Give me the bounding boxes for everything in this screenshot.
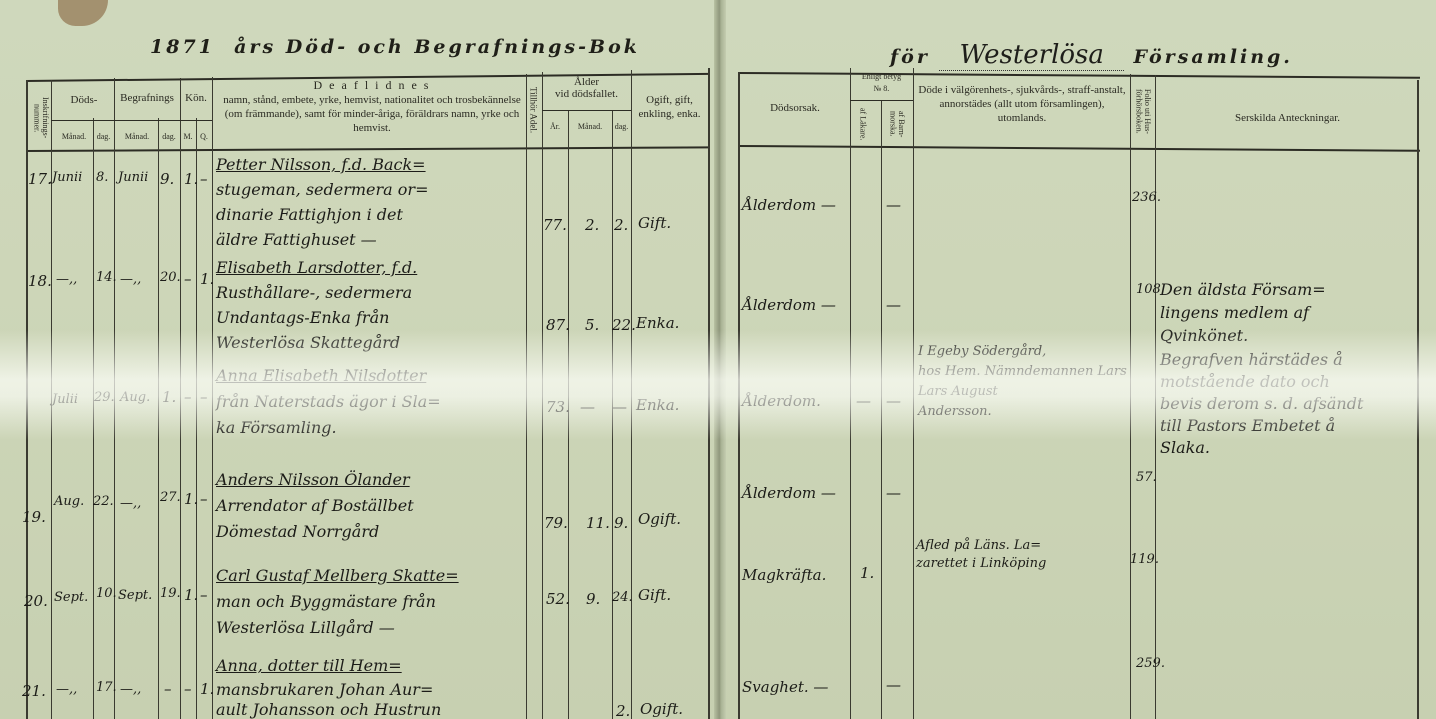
age-ar: 79. xyxy=(544,514,568,532)
beg-dag: 20. xyxy=(160,270,181,285)
beg-manad: —,, xyxy=(120,682,141,697)
kon-q: – xyxy=(200,388,208,406)
folio: 57. xyxy=(1136,470,1157,485)
header-folio: Folio uti Hus-förhörsboken. xyxy=(1134,78,1151,144)
kon-m: 1. xyxy=(184,586,198,604)
dodsorsak: Ålderdom. xyxy=(742,392,821,410)
dode-i-line: hos Hem. Nämndemannen Lars xyxy=(918,364,1127,379)
age-dag: 9. xyxy=(614,514,628,532)
dodsorsak: Ålderdom — xyxy=(742,196,836,214)
age-dag: 22. xyxy=(612,316,636,334)
civil-status: Gift. xyxy=(638,586,671,604)
header-dodsorsak: Dödsorsak. xyxy=(740,102,850,116)
age-ar: 73. xyxy=(546,398,570,416)
dodsorsak: Magkräfta. xyxy=(742,566,826,584)
age-manad: 2. xyxy=(585,216,599,234)
age-manad: 9. xyxy=(586,590,600,608)
dod-dag: 17. xyxy=(96,680,117,695)
beg-dag: 19. xyxy=(160,586,181,601)
row-nr: 21. xyxy=(22,682,46,700)
anteckning-line: bevis derom s. d. afsändt xyxy=(1160,394,1363,413)
left-title: 1871 års Död- och Begrafnings-Bok xyxy=(150,36,640,58)
sub-divider xyxy=(51,120,212,121)
name-line: från Naterstads ägor i Sla= xyxy=(216,392,441,411)
beg-dag: 1. xyxy=(162,388,176,406)
age-manad: 5. xyxy=(585,316,599,334)
dode-i-line: I Egeby Södergård, xyxy=(918,344,1046,359)
kon-m: – xyxy=(184,388,192,406)
age-manad: — xyxy=(580,398,595,416)
age-dag: 2. xyxy=(614,216,628,234)
header-enligt-betyg: Enligt betyg xyxy=(850,72,913,82)
col-divider xyxy=(1417,80,1419,719)
kon-m: – xyxy=(184,680,192,698)
title-forsamling: Församling. xyxy=(1134,46,1293,68)
header-inskrifnings: Inskrifnings-nummer. xyxy=(32,88,49,148)
kon-q: 1. xyxy=(200,680,214,698)
name-line: Arrendator af Boställbet xyxy=(216,496,414,515)
col-divider xyxy=(526,74,527,719)
header-m: M. xyxy=(180,132,196,142)
civil-status: Ogift. xyxy=(640,700,683,718)
name-line: ault Johansson och Hustrun xyxy=(216,700,441,719)
name-line: Dömestad Norrgård xyxy=(216,522,379,541)
folio: 259. xyxy=(1136,656,1165,671)
header-dode-i: Döde i välgörenhets-, sjukvårds-, straff… xyxy=(916,84,1128,125)
af-lakare: — xyxy=(856,392,871,410)
col-divider xyxy=(212,77,213,719)
beg-manad: —,, xyxy=(120,496,141,511)
kon-m: – xyxy=(184,270,192,288)
civil-status: Ogift. xyxy=(638,510,681,528)
beg-manad: —,, xyxy=(120,272,141,287)
af-barnmorska: — xyxy=(886,392,901,410)
header-kon: Kön. xyxy=(180,92,212,106)
anteckning-line: Den äldsta Försam= xyxy=(1160,280,1326,299)
col-divider xyxy=(542,72,543,719)
dode-i-line: Andersson. xyxy=(918,404,992,419)
header-beg-manad: Månad. xyxy=(116,132,158,142)
age-dag: — xyxy=(612,398,627,416)
age-dag: 24. xyxy=(612,590,633,605)
col-divider xyxy=(913,68,914,719)
beg-dag: 27. xyxy=(160,490,181,505)
civil-status: Enka. xyxy=(636,314,679,332)
dod-manad: Junii xyxy=(52,170,82,185)
name-line: man och Byggmästare från xyxy=(216,592,436,611)
col-divider xyxy=(196,118,197,719)
header-serskilda: Serskilda Anteckningar. xyxy=(1160,112,1415,126)
folio: 119. xyxy=(1130,552,1159,567)
name-line: Anna, dotter till Hem= xyxy=(216,656,402,675)
name-line: Anna Elisabeth Nilsdotter xyxy=(216,366,426,385)
header-af-barnmorska: af Barn-morska. xyxy=(888,104,905,144)
sub-divider xyxy=(850,100,913,101)
header-dods: Döds- xyxy=(55,94,113,108)
name-line: stugeman, sedermera or= xyxy=(216,180,428,199)
name-line: dinarie Fattighjon i det xyxy=(216,205,403,224)
beg-manad: Junii xyxy=(118,170,148,185)
dode-i-line: Afled på Läns. La= xyxy=(916,538,1041,553)
anteckning-line: Qvinkönet. xyxy=(1160,326,1248,345)
name-line: Westerlösa Skattegård xyxy=(216,333,400,352)
kon-q: – xyxy=(200,490,208,508)
af-barnmorska: — xyxy=(886,196,901,214)
dodsorsak: Svaghet. — xyxy=(742,678,828,696)
col-divider xyxy=(881,100,882,719)
kon-q: – xyxy=(200,586,208,604)
dod-manad: —,, xyxy=(56,272,77,287)
age-ar: 52. xyxy=(546,590,570,608)
kon-m: 1. xyxy=(184,170,198,188)
header-q: Q. xyxy=(196,132,212,142)
row-nr: 17. xyxy=(28,170,52,188)
book-gutter xyxy=(714,0,726,719)
anteckning-line: motstående dato och xyxy=(1160,372,1330,391)
folio: 236. xyxy=(1132,190,1161,205)
dode-i-line: zarettet i Linköping xyxy=(916,556,1046,571)
beg-dag: – xyxy=(164,680,172,698)
anteckning-line: Slaka. xyxy=(1160,438,1210,457)
col-divider xyxy=(158,118,159,719)
anteckning-line: till Pastors Embetet å xyxy=(1160,416,1335,435)
af-lakare: 1. xyxy=(860,564,874,582)
header-dod-dag: dag. xyxy=(93,132,114,142)
dod-manad: —,, xyxy=(56,682,77,697)
name-line: Undantags-Enka från xyxy=(216,308,389,327)
beg-manad: Aug. xyxy=(120,390,150,405)
header-tillhor-adel: Tillhör Adel. xyxy=(528,80,537,140)
title-for: för xyxy=(890,46,930,68)
dod-dag: 29. xyxy=(94,390,115,405)
dod-manad: Sept. xyxy=(54,590,88,605)
col-divider xyxy=(850,68,851,719)
dod-dag: 22. xyxy=(93,494,114,509)
civil-status: Gift. xyxy=(638,214,671,232)
kon-m: 1. xyxy=(184,490,198,508)
row-nr: 20. xyxy=(24,592,48,610)
right-title: för Westerlösa Församling. xyxy=(890,40,1293,70)
name-line: Elisabeth Larsdotter, f.d. xyxy=(216,258,417,277)
col-divider xyxy=(180,78,181,719)
header-aflidnes: D e a f l i d n e s xyxy=(222,78,522,93)
header-vid-dodsfallet: vid dödsfallet. xyxy=(542,88,631,102)
dod-dag: 8. xyxy=(96,170,108,185)
col-divider xyxy=(93,118,94,719)
col-divider xyxy=(738,72,740,719)
header-dod-manad: Månad. xyxy=(55,132,93,142)
dode-i-line: Lars August xyxy=(918,384,998,399)
folio: 108 xyxy=(1136,282,1161,297)
name-line: Petter Nilsson, f.d. Back= xyxy=(216,155,426,174)
af-barnmorska: — xyxy=(886,676,901,694)
header-alder-dag: dag. xyxy=(612,122,631,132)
dod-dag: 14. xyxy=(96,270,117,285)
name-line: Anders Nilsson Ölander xyxy=(216,470,410,489)
anteckning-line: Begrafven härstädes å xyxy=(1160,350,1343,369)
age-ar: 87. xyxy=(546,316,570,334)
header-begrafnings: Begrafnings xyxy=(114,92,180,106)
age-dag: 2. xyxy=(616,702,630,719)
dodsorsak: Ålderdom — xyxy=(742,484,836,502)
header-enkling: enkling, enka. xyxy=(631,108,708,122)
age-manad: 11. xyxy=(586,514,610,532)
header-beg-dag: dag. xyxy=(158,132,180,142)
beg-dag: 9. xyxy=(160,170,174,188)
dod-manad: Aug. xyxy=(54,494,84,509)
col-divider xyxy=(631,70,632,719)
af-barnmorska: — xyxy=(886,484,901,502)
col-divider xyxy=(1130,74,1131,719)
dod-dag: 10. xyxy=(96,586,117,601)
parish-name: Westerlösa xyxy=(939,40,1123,71)
kon-q: – xyxy=(200,170,208,188)
civil-status: Enka. xyxy=(636,396,679,414)
header-alder-manad: Månad. xyxy=(568,122,612,132)
header-af-lakare: af Läkare. xyxy=(858,104,866,144)
title-text: års Död- och Begrafnings-Bok xyxy=(234,36,640,58)
row-nr: 18. xyxy=(28,272,52,290)
name-line: äldre Fattighuset — xyxy=(216,230,377,249)
name-line: Rusthållare-, sedermera xyxy=(216,283,412,302)
name-line: ka Församling. xyxy=(216,418,337,437)
beg-manad: Sept. xyxy=(118,588,152,603)
kon-q: 1. xyxy=(200,270,214,288)
col-divider xyxy=(1155,75,1156,719)
header-ogift: Ogift, gift, xyxy=(631,94,708,108)
header-ar: År. xyxy=(542,122,568,132)
anteckning-line: lingens medlem af xyxy=(1160,303,1309,322)
name-line: Westerlösa Lillgård — xyxy=(216,618,395,637)
af-barnmorska: — xyxy=(886,296,901,314)
header-aflidnes-sub: namn, stånd, embete, yrke, hemvist, nati… xyxy=(222,94,522,135)
dod-manad: Julii xyxy=(52,392,78,407)
dodsorsak: Ålderdom — xyxy=(742,296,836,314)
col-divider xyxy=(708,68,710,719)
sub-divider xyxy=(542,110,631,111)
title-year: 1871 xyxy=(150,36,215,58)
name-line: Carl Gustaf Mellberg Skatte= xyxy=(216,566,459,585)
name-line: mansbrukaren Johan Aur= xyxy=(216,680,433,699)
header-nr8: № 8. xyxy=(850,84,913,94)
row-nr: 19. xyxy=(22,508,46,526)
age-ar: 77. xyxy=(543,216,567,234)
